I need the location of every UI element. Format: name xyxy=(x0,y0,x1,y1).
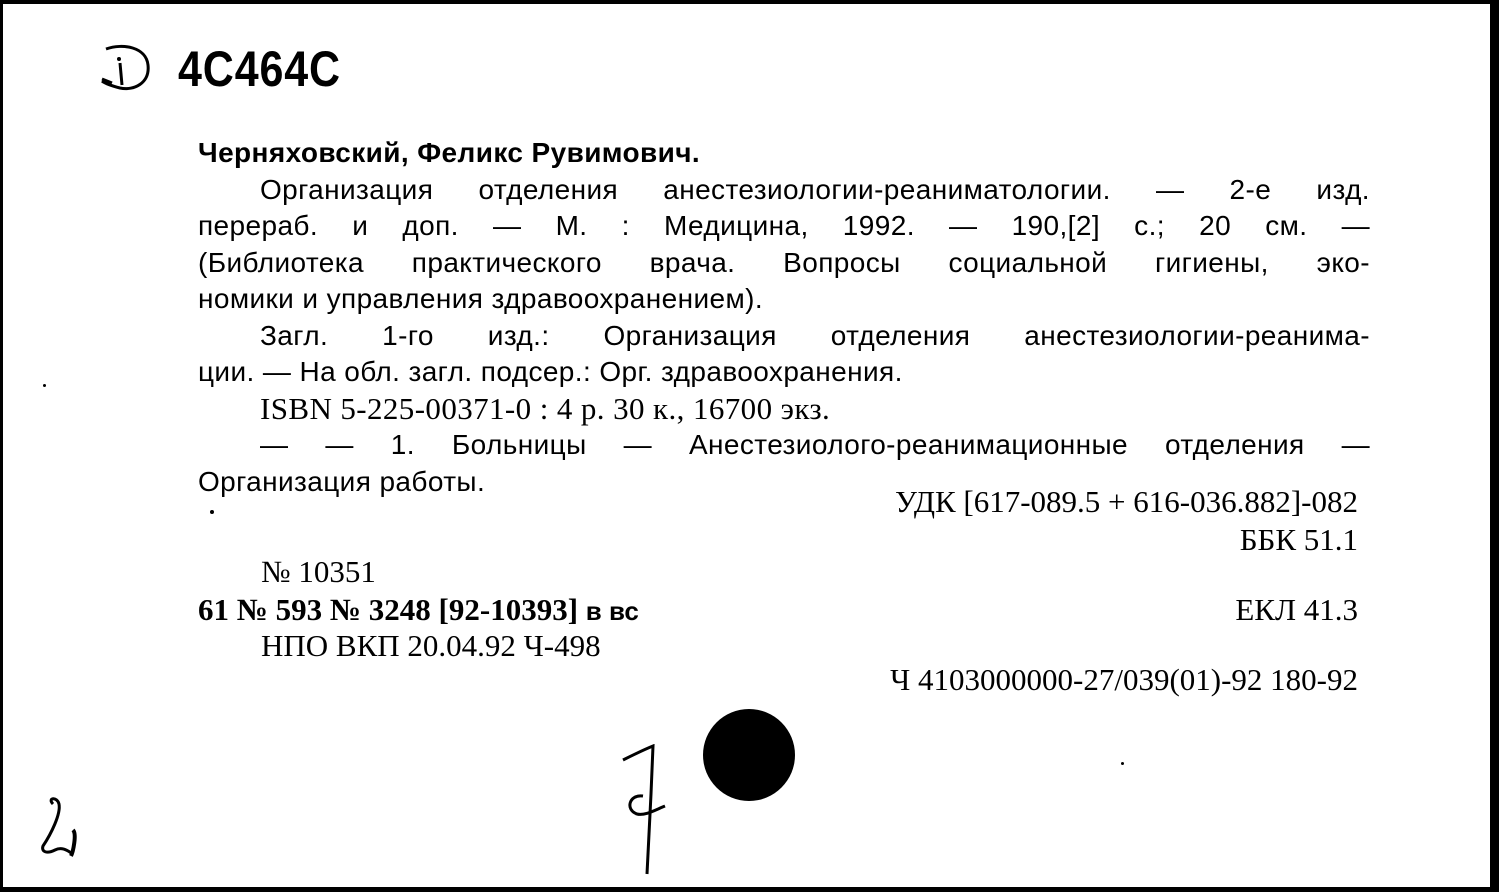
series-line-1: (Библиотека практического врача. Вопросы… xyxy=(198,245,1370,282)
print-info-suffix: в вс xyxy=(586,596,639,626)
series-line-2: номики и управления здравоохранением). xyxy=(198,281,1370,318)
punch-hole xyxy=(703,709,795,801)
speck xyxy=(1121,762,1124,765)
note-line-2: ции. — На обл. загл. подсер.: Орг. здрав… xyxy=(198,354,1370,391)
print-info-prefix: 61 № 593 № 3248 [92-10393] xyxy=(198,592,578,627)
title-line-1: Организация отделения анестезиологии-реа… xyxy=(198,172,1370,209)
ekl-classification: ЕКЛ 41.3 xyxy=(1235,592,1358,628)
handwritten-7-icon xyxy=(615,744,685,889)
call-number: 4C464C xyxy=(98,34,367,104)
subject-line-1: — — 1. Больницы — Анестезиолого-реанимац… xyxy=(198,427,1370,464)
npo-line: НПО ВКП 20.04.92 Ч-498 xyxy=(261,628,601,664)
speck xyxy=(210,510,214,514)
udk-classification: УДК [617-089.5 + 616-036.882]-082 xyxy=(895,484,1358,520)
call-number-code: 4C464C xyxy=(178,40,341,98)
handwritten-2-icon xyxy=(33,794,83,869)
order-number: № 10351 xyxy=(261,554,376,590)
title-line-2: перераб. и доп. — М. : Медицина, 1992. —… xyxy=(198,208,1370,245)
bibliographic-record: Черняховский, Феликс Рувимович. Организа… xyxy=(198,135,1370,500)
print-info: 61 № 593 № 3248 [92-10393] в вс xyxy=(198,592,639,628)
author-heading: Черняховский, Феликс Рувимович. xyxy=(198,135,1370,172)
speck xyxy=(43,384,46,387)
handwritten-d-mark-icon xyxy=(98,41,158,97)
note-line-1: Загл. 1-го изд.: Организация отделения а… xyxy=(198,318,1370,355)
catalog-code: Ч 4103000000-27/039(01)-92 180-92 xyxy=(890,662,1358,698)
isbn-line: ISBN 5-225-00371-0 : 4 р. 30 к., 16700 э… xyxy=(198,391,1370,428)
catalog-card: 4C464C Черняховский, Феликс Рувимович. О… xyxy=(3,4,1493,887)
bbk-classification: ББК 51.1 xyxy=(1240,522,1358,558)
